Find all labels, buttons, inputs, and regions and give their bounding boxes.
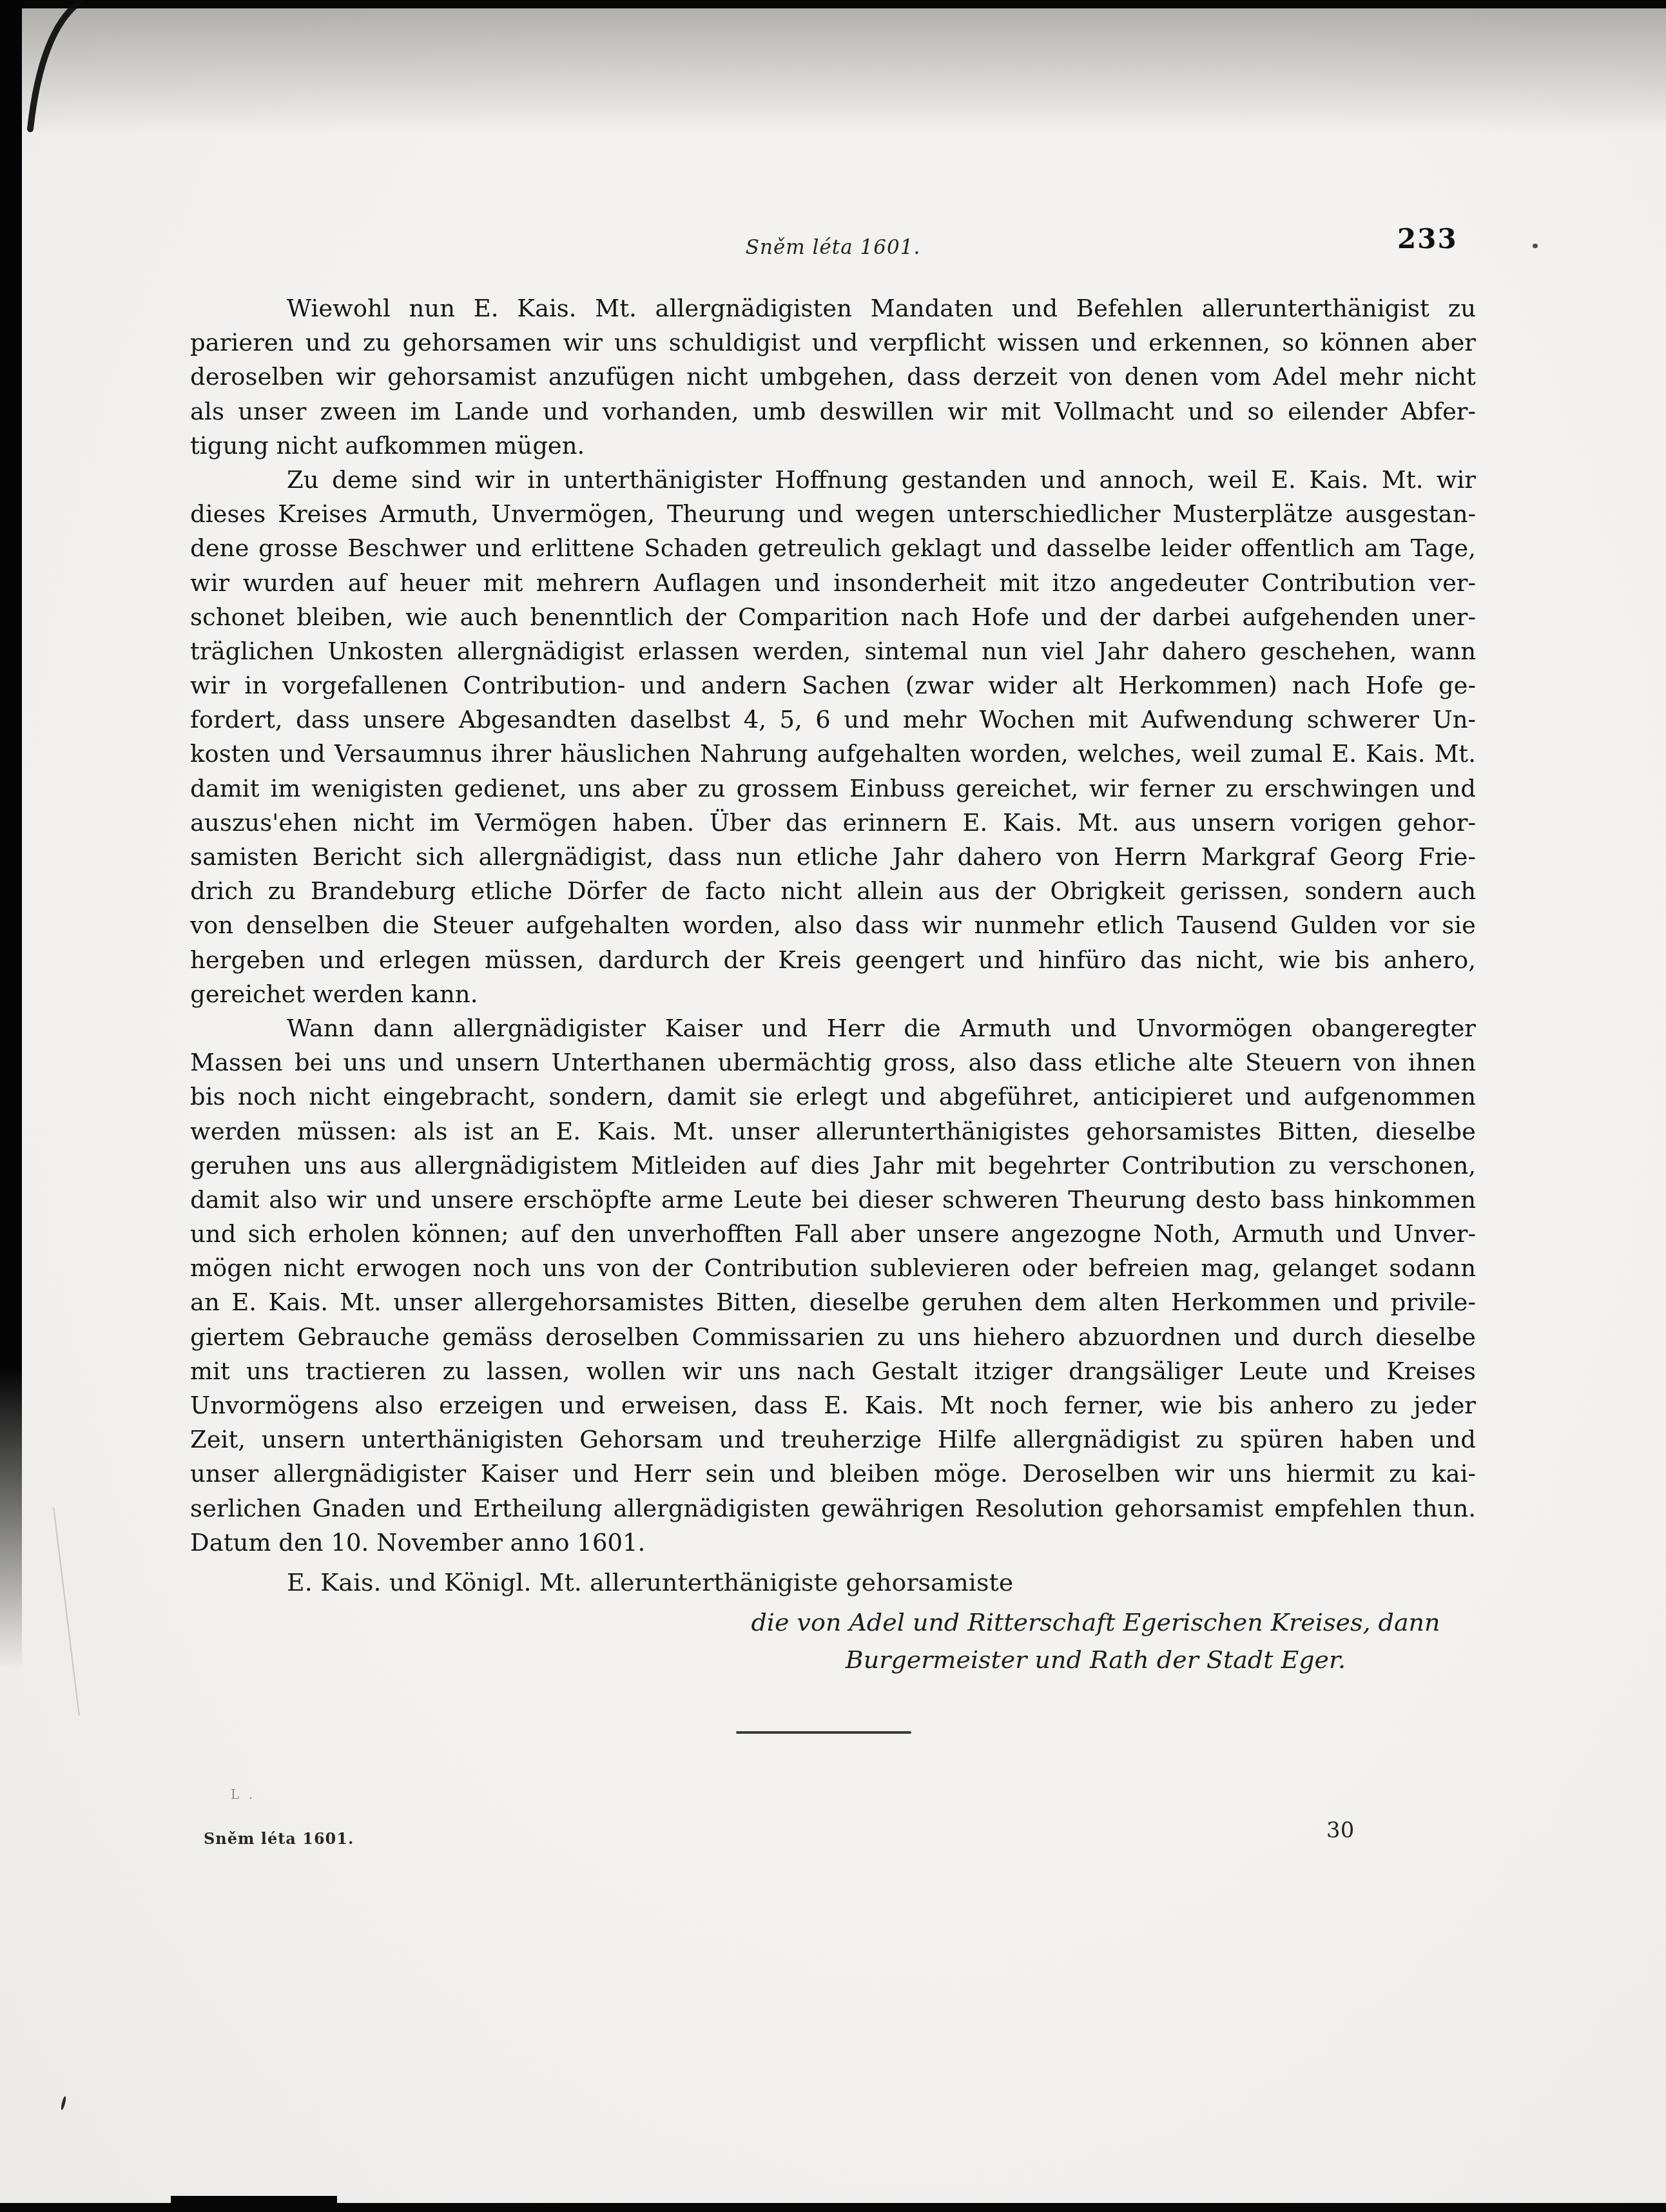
signature-block: die von Adel und Ritterschaft Egerischen… (731, 1604, 1460, 1678)
text-line: als unser zween im Lande und vorhanden, … (190, 394, 1476, 429)
text-line: Unvormögens also erzeigen und erweisen, … (190, 1388, 1476, 1422)
text-line: dieses Kreises Armuth, Unvermögen, Theur… (190, 497, 1476, 531)
signature-line: die von Adel und Ritterschaft Egerischen… (731, 1604, 1460, 1641)
scan-top-edge (0, 0, 1666, 8)
text-line: damit im wenigisten gedienet, uns aber z… (190, 771, 1476, 806)
text-line: hergeben und erlegen müssen, dardurch de… (190, 943, 1476, 977)
text-line: Wann dann allergnädigister Kaiser und He… (190, 1011, 1476, 1045)
text-line: wir wurden auf heuer mit mehrern Auflage… (190, 566, 1476, 600)
text-line: samisten Bericht sich allergnädigist, da… (190, 840, 1476, 874)
scan-scratch-line (53, 1508, 80, 1716)
text-line: auszus'ehen nicht im Vermögen haben. Übe… (190, 806, 1476, 840)
scan-corner-mark (60, 2096, 66, 2111)
text-line: und sich erholen können; auf den unverho… (190, 1217, 1476, 1251)
scanned-book-page: Sněm léta 1601. 233 Wiewohl nun E. Kais.… (0, 0, 1666, 2212)
text-line: fordert, dass unsere Abgesandten daselbs… (190, 703, 1476, 737)
text-line: kosten und Versaumnus ihrer häuslichen N… (190, 737, 1476, 771)
text-line: geruhen uns aus allergnädigistem Mitleid… (190, 1149, 1476, 1183)
text-line: Datum den 10. November anno 1601. (190, 1526, 1476, 1560)
text-line: unser allergnädigister Kaiser und Herr s… (190, 1457, 1476, 1491)
text-line: mit uns tractieren zu lassen, wollen wir… (190, 1354, 1476, 1388)
text-line: mögen nicht erwogen noch uns von der Con… (190, 1251, 1476, 1285)
text-line: Zeit, unsern unterthänigisten Gehorsam u… (190, 1422, 1476, 1457)
text-line: gereichet werden kann. (190, 977, 1476, 1011)
text-line: schonet bleiben, wie auch benenntlich de… (190, 600, 1476, 634)
page-number: 233 (1397, 223, 1458, 255)
text-line: parieren und zu gehorsamen wir uns schul… (190, 325, 1476, 360)
text-line: drich zu Brandeburg etliche Dörfer de fa… (190, 874, 1476, 908)
text-line: Wiewohl nun E. Kais. Mt. allergnädigiste… (190, 291, 1476, 325)
text-line: tigung nicht aufkommen mügen. (190, 429, 1476, 463)
text-line: träglichen Unkosten allergnädigist erlas… (190, 634, 1476, 668)
text-line: wir in vorgefallenen Contribution- und a… (190, 668, 1476, 703)
ink-speck (1533, 244, 1538, 248)
text-line: giertem Gebrauche gemäss deroselben Comm… (190, 1320, 1476, 1354)
scan-bottom-edge (0, 2203, 1666, 2212)
text-line: Massen bei uns und unsern Unterthanen ub… (190, 1045, 1476, 1080)
text-line: von denselben die Steuer aufgehalten wor… (190, 908, 1476, 942)
stray-pencil-mark: L . (231, 1787, 255, 1802)
scan-left-edge (0, 0, 22, 1669)
signature-line: Burgermeister und Rath der Stadt Eger. (731, 1641, 1460, 1678)
text-line: bis noch nicht eingebracht, sondern, dam… (190, 1080, 1476, 1114)
running-title: Sněm léta 1601. (746, 236, 921, 259)
scan-corner-arc (0, 0, 142, 148)
text-line: serlichen Gnaden und Ertheilung allergnä… (190, 1491, 1476, 1526)
scan-top-shadow (0, 8, 1666, 134)
section-divider-rule (736, 1731, 911, 1734)
text-line: damit also wir und unsere erschöpfte arm… (190, 1183, 1476, 1217)
body-text: Wiewohl nun E. Kais. Mt. allergnädigiste… (190, 291, 1476, 1560)
sheet-signature-number: 30 (1326, 1818, 1354, 1843)
text-line: deroselben wir gehorsamist anzufügen nic… (190, 360, 1476, 394)
footer-catchword: Sněm léta 1601. (204, 1829, 354, 1848)
text-line: werden müssen: als ist an E. Kais. Mt. u… (190, 1114, 1476, 1149)
text-line: an E. Kais. Mt. unser allergehorsamistes… (190, 1285, 1476, 1319)
closing-line: E. Kais. und Königl. Mt. allerunterthäni… (190, 1568, 1476, 1596)
text-line: dene grosse Beschwer und erlittene Schad… (190, 531, 1476, 565)
text-line: Zu deme sind wir in unterthänigister Hof… (190, 463, 1476, 497)
